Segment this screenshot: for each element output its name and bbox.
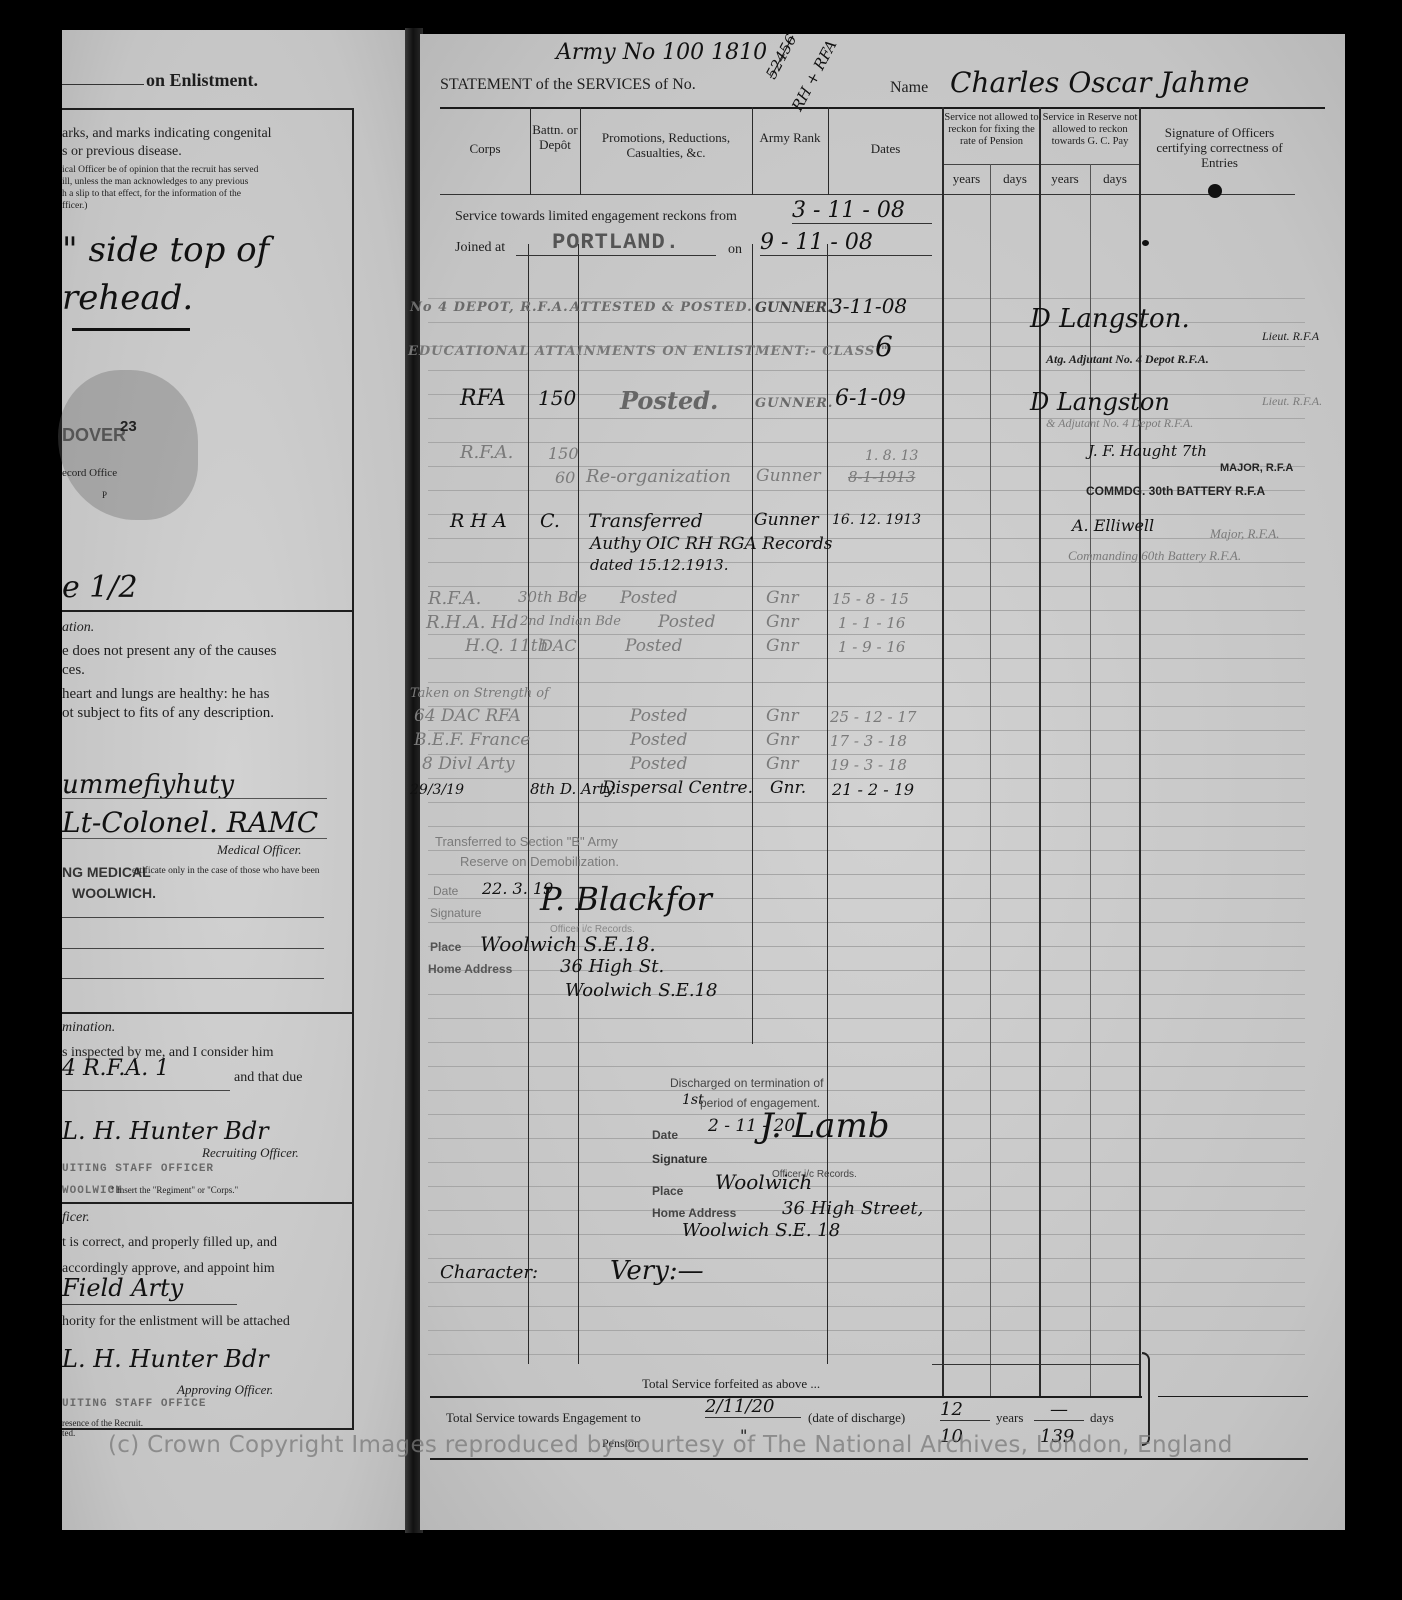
presence-note: resence of the Recruit. — [62, 1418, 143, 1428]
entry-date: 6-1-09 — [835, 386, 906, 411]
medical-note-3: h a slip to that effect, for the informa… — [62, 189, 241, 199]
entry-date: 3-11-08 — [830, 294, 907, 318]
signature-line — [62, 838, 327, 839]
medical-stamp-place: WOOLWICH. — [72, 885, 156, 901]
officer-title: Atg. Adjutant No. 4 Depot R.F.A. — [1046, 352, 1209, 367]
fraction-note: e 1/2 — [62, 570, 138, 605]
entry-event: Posted — [630, 754, 687, 774]
discharge-home-address: 36 High Street, — [782, 1198, 923, 1219]
header-top-rule — [440, 107, 1325, 109]
approving-officer-label: Approving Officer. — [177, 1382, 273, 1398]
entry-date: 21 - 2 - 19 — [832, 780, 914, 799]
exam-handwritten: 4 R.F.A. 1 — [62, 1056, 169, 1081]
recruiting-officer-label: Recruiting Officer. — [202, 1145, 299, 1161]
approval-line: t is correct, and properly filled up, an… — [62, 1235, 277, 1251]
character-value: Very:— — [610, 1256, 704, 1286]
total-engagement-label: Total Service towards Engagement to — [446, 1410, 641, 1426]
discharge-date-handwritten: 2/11/20 — [705, 1396, 801, 1418]
medical-line: ot subject to fits of any description. — [62, 705, 274, 722]
entry-rank: Gnr — [766, 588, 799, 608]
engagement-years-label: years — [996, 1410, 1023, 1426]
reserve-home-address: 36 High St. — [560, 956, 664, 977]
copyright-watermark: (c) Crown Copyright Images reproduced by… — [108, 1432, 1233, 1458]
col-header-battn: Battn. or Depôt — [530, 122, 580, 152]
reserve-place: Woolwich S.E.18. — [480, 932, 656, 956]
entry-date-struck: 8-1-1913 — [848, 468, 915, 486]
officer-title: Commanding 60th Battery R.F.A. — [1068, 548, 1241, 564]
medical-line: ces. — [62, 662, 85, 679]
officer-signature: D Langston — [1030, 388, 1170, 416]
limited-engagement-date: 3 - 11 - 08 — [792, 198, 932, 224]
character-label: Character: — [440, 1262, 538, 1283]
education-class-value: 6 — [875, 330, 893, 363]
entry-event: Transferred — [588, 510, 703, 532]
entry-date: 19 - 3 - 18 — [830, 756, 907, 774]
engagement-days-label: days — [1090, 1410, 1114, 1426]
marks-handwritten-2: rehead. — [62, 278, 193, 318]
reserve-home-address-2: Woolwich S.E.18 — [565, 980, 717, 1001]
record-office-number: 23 — [120, 418, 137, 435]
blank-line — [62, 978, 324, 979]
entry-event: Posted — [630, 730, 687, 750]
joined-on-label: on — [728, 242, 742, 258]
col-header-pension-group: Service not allowed to reckon for fixing… — [943, 112, 1040, 148]
medical-line: e does not present any of the causes — [62, 643, 277, 660]
officer-signature: J. F. Haught 7th — [1088, 442, 1207, 460]
medical-cert-note: ertificate only in the case of those who… — [132, 866, 320, 876]
discharge-signature-label: Signature — [652, 1152, 707, 1166]
entry-date: 25 - 12 - 17 — [830, 708, 916, 726]
officer-title: Major, R.F.A. — [1210, 526, 1279, 542]
officer-title: & Adjutant No. 4 Depot R.F.A. — [1046, 416, 1193, 431]
col-header-dates: Dates — [828, 141, 943, 156]
medical-note-4: fficer.) — [62, 201, 87, 211]
marks-label-2: s or previous disease. — [62, 144, 182, 160]
entry-rank: Gnr — [766, 730, 799, 750]
entry-rank: Gunner — [754, 510, 819, 530]
ink-blot — [1142, 240, 1149, 246]
officer-signature: A. Elliwell — [1072, 516, 1154, 535]
discharge-place-label: Place — [652, 1184, 683, 1198]
entry-event: Re-organization — [586, 466, 731, 487]
blank-line — [62, 917, 324, 918]
total-forfeited-label: Total Service forfeited as above ... — [642, 1376, 820, 1392]
date-of-discharge-label: (date of discharge) — [808, 1410, 905, 1426]
entry-corps: 64 DAC RFA — [414, 706, 521, 726]
entry-corps: No 4 DEPOT, R.F.A. — [410, 300, 569, 315]
entry-event: Posted — [620, 588, 677, 608]
reserve-title-2: Reserve on Demobilization. — [460, 854, 619, 869]
engagement-years: 12 — [940, 1399, 990, 1421]
col-header-reserve-years: years — [1040, 171, 1090, 186]
reserve-home-label: Home Address — [428, 962, 512, 976]
totals-bottom-rule — [430, 1458, 1308, 1460]
approval-section-title: ficer. — [62, 1210, 90, 1226]
entry-corps: RFA — [460, 386, 506, 411]
blank-line — [62, 948, 324, 949]
entry-battn: 30th Bde — [518, 588, 587, 606]
entry-battn: 60 — [555, 468, 575, 487]
totals-rule — [932, 1364, 1140, 1365]
col-header-promotions: Promotions, Reductions, Casualties, &c. — [580, 130, 752, 160]
entry-rank: Gunner — [756, 466, 821, 486]
insert-note: * Insert the "Regiment" or "Corps." — [110, 1185, 238, 1195]
officer-title: Lieut. R.F.A — [1262, 329, 1319, 344]
discharge-home-address-2: Woolwich S.E. 18 — [682, 1220, 840, 1241]
entry-corps: B.E.F. France — [414, 730, 530, 750]
entry-corps: R.H.A. Hd — [426, 612, 518, 633]
service-number: 52456 — [762, 31, 800, 82]
recruiting-stamp: UITING STAFF OFFICER — [62, 1163, 214, 1175]
discharge-home-label: Home Address — [652, 1206, 736, 1220]
entry-date: 1 - 9 - 16 — [838, 638, 905, 656]
officer-title: Lieut. R.F.A. — [1262, 394, 1322, 409]
medical-section-title: ation. — [62, 620, 94, 636]
approval-line: hority for the enlistment will be attach… — [62, 1314, 290, 1330]
entry-rank: Gnr — [766, 636, 799, 656]
discharge-signature: J. Lamb — [760, 1106, 889, 1146]
entry-rank: GUNNER. — [755, 300, 832, 316]
medical-signature: ummefiyhuty — [62, 770, 234, 800]
medical-signature-rank: Lt-Colonel. RAMC — [62, 806, 318, 839]
entry-date: 17 - 3 - 18 — [830, 732, 907, 750]
medical-note: ical Officer be of opinion that the recr… — [62, 165, 258, 175]
entry-event: dated 15.12.1913. — [590, 556, 728, 574]
entry-battn: C. — [540, 510, 560, 532]
medical-note-2: ill, unless the man acknowledges to any … — [62, 177, 248, 187]
marks-handwritten: " side top of — [62, 230, 269, 270]
entry-event: Dispersal Centre. — [602, 778, 753, 798]
officer-title: MAJOR, R.F.A — [1220, 462, 1293, 474]
joined-on-date: 9 - 11 - 08 — [760, 230, 932, 256]
engagement-days: — — [1034, 1399, 1084, 1421]
entry-rank: Gnr — [766, 612, 799, 632]
discharge-title: Discharged on termination of — [670, 1076, 823, 1090]
presence-note-2: ted. — [62, 1428, 75, 1438]
col-header-rank: Army Rank — [752, 130, 828, 145]
blank-line — [62, 1090, 230, 1091]
col-header-reserve-group: Service in Reserve not allowed to reckon… — [1040, 112, 1140, 148]
soldier-name: Charles Oscar Jahme — [950, 66, 1249, 99]
col-header-reserve-days: days — [1090, 171, 1140, 186]
reserve-place-label: Place — [430, 940, 461, 954]
divider — [62, 1012, 352, 1014]
statement-label: STATEMENT of the SERVICES of No. — [440, 76, 696, 94]
entry-rank: GUNNER. — [755, 396, 833, 411]
joined-at-label: Joined at — [455, 240, 505, 256]
entry-corps: R.F.A. — [460, 442, 513, 463]
totals-right-rule — [1158, 1396, 1308, 1397]
subheader-rule — [943, 164, 1140, 165]
record-office-stamp: DOVER — [62, 425, 126, 446]
exam-line-2: and that due — [234, 1070, 302, 1086]
header-bottom-rule — [440, 194, 1295, 195]
entry-rank: Gnr. — [770, 778, 806, 798]
entry-event: Authy OIC RH RGA Records — [590, 534, 833, 554]
approving-stamp: UITING STAFF OFFICE — [62, 1398, 206, 1410]
officer-signature: D Langston. — [1030, 304, 1190, 334]
marks-label: arks, and marks indicating congenital — [62, 126, 272, 142]
right-page: Army No 100 1810 STATEMENT of the SERVIC… — [420, 34, 1345, 1530]
heading-rule — [62, 84, 144, 85]
entry-corps: H.Q. 11th — [465, 636, 549, 656]
discharge-place: Woolwich — [715, 1170, 812, 1194]
reserve-title: Transferred to Section "B" Army — [435, 834, 618, 849]
record-office-label: ecord Office — [62, 467, 117, 479]
entry-battn: DAC — [540, 636, 577, 655]
entry-corps: 29/3/19 — [410, 782, 464, 798]
left-page: on Enlistment. arks, and marks indicatin… — [62, 30, 405, 1530]
entry-rank: Gnr — [766, 754, 799, 774]
record-office-suffix: P — [102, 490, 107, 500]
entry-date: 15 - 8 - 15 — [832, 590, 909, 608]
medical-officer-label: Medical Officer. — [217, 842, 301, 858]
entry-event: Posted — [625, 636, 682, 656]
entry-rank: Gnr — [766, 706, 799, 726]
entry-event: Posted — [658, 612, 715, 632]
entry-battn: 2nd Indian Bde — [520, 614, 621, 629]
entry-battn: 150 — [548, 444, 579, 463]
exam-section-title: mination. — [62, 1020, 115, 1036]
divider — [62, 610, 352, 612]
joined-at-place: PORTLAND. — [516, 230, 716, 256]
limited-engagement-label: Service towards limited engagement recko… — [455, 209, 737, 225]
col-header-pension-years: years — [943, 171, 990, 186]
entry-corps: R.F.A. — [428, 588, 481, 609]
approving-signature: L. H. Hunter Bdr — [62, 1345, 269, 1373]
discharge-date-label: Date — [652, 1128, 678, 1142]
col-header-pension-days: days — [990, 171, 1040, 186]
entry-event: ATTESTED & POSTED. — [570, 300, 753, 315]
reserve-date-label: Date — [433, 884, 458, 898]
recruiting-signature: L. H. Hunter Bdr — [62, 1117, 269, 1145]
medical-line: heart and lungs are healthy: he has — [62, 686, 269, 703]
entry-date: 1 - 1 - 16 — [838, 614, 905, 632]
entry-date: 16. 12. 1913 — [832, 512, 921, 528]
signature-line — [62, 798, 327, 799]
enlistment-heading: on Enlistment. — [146, 70, 258, 91]
col-header-signatures: Signature of Officers certifying correct… — [1142, 125, 1297, 170]
underline — [72, 328, 190, 331]
col-header-corps: Corps — [440, 141, 530, 156]
ink-blot — [1208, 184, 1222, 198]
reserve-signature-label: Signature — [430, 906, 481, 920]
entry-corps: Taken on Strength of — [410, 686, 549, 701]
education-class-label: EDUCATIONAL ATTAINMENTS ON ENLISTMENT:- … — [408, 344, 889, 359]
entry-date: 1. 8. 13 — [865, 448, 918, 464]
entry-battn: 150 — [538, 386, 576, 410]
entry-corps: 8 Divl Arty — [422, 754, 515, 774]
entry-event: Posted — [630, 706, 687, 726]
divider — [62, 1202, 352, 1204]
entry-corps: R H A — [450, 510, 507, 532]
entry-event: Posted. — [620, 386, 718, 415]
approval-handwritten: Field Arty — [62, 1274, 183, 1302]
blank-line — [62, 1304, 237, 1305]
name-label: Name — [890, 79, 928, 97]
reserve-signature: P. Blackfor — [540, 880, 712, 918]
officer-title: COMMDG. 30th BATTERY R.F.A — [1086, 484, 1265, 498]
army-number: Army No 100 1810 — [556, 40, 767, 65]
service-number-annotation: RH + RFA — [788, 37, 840, 114]
